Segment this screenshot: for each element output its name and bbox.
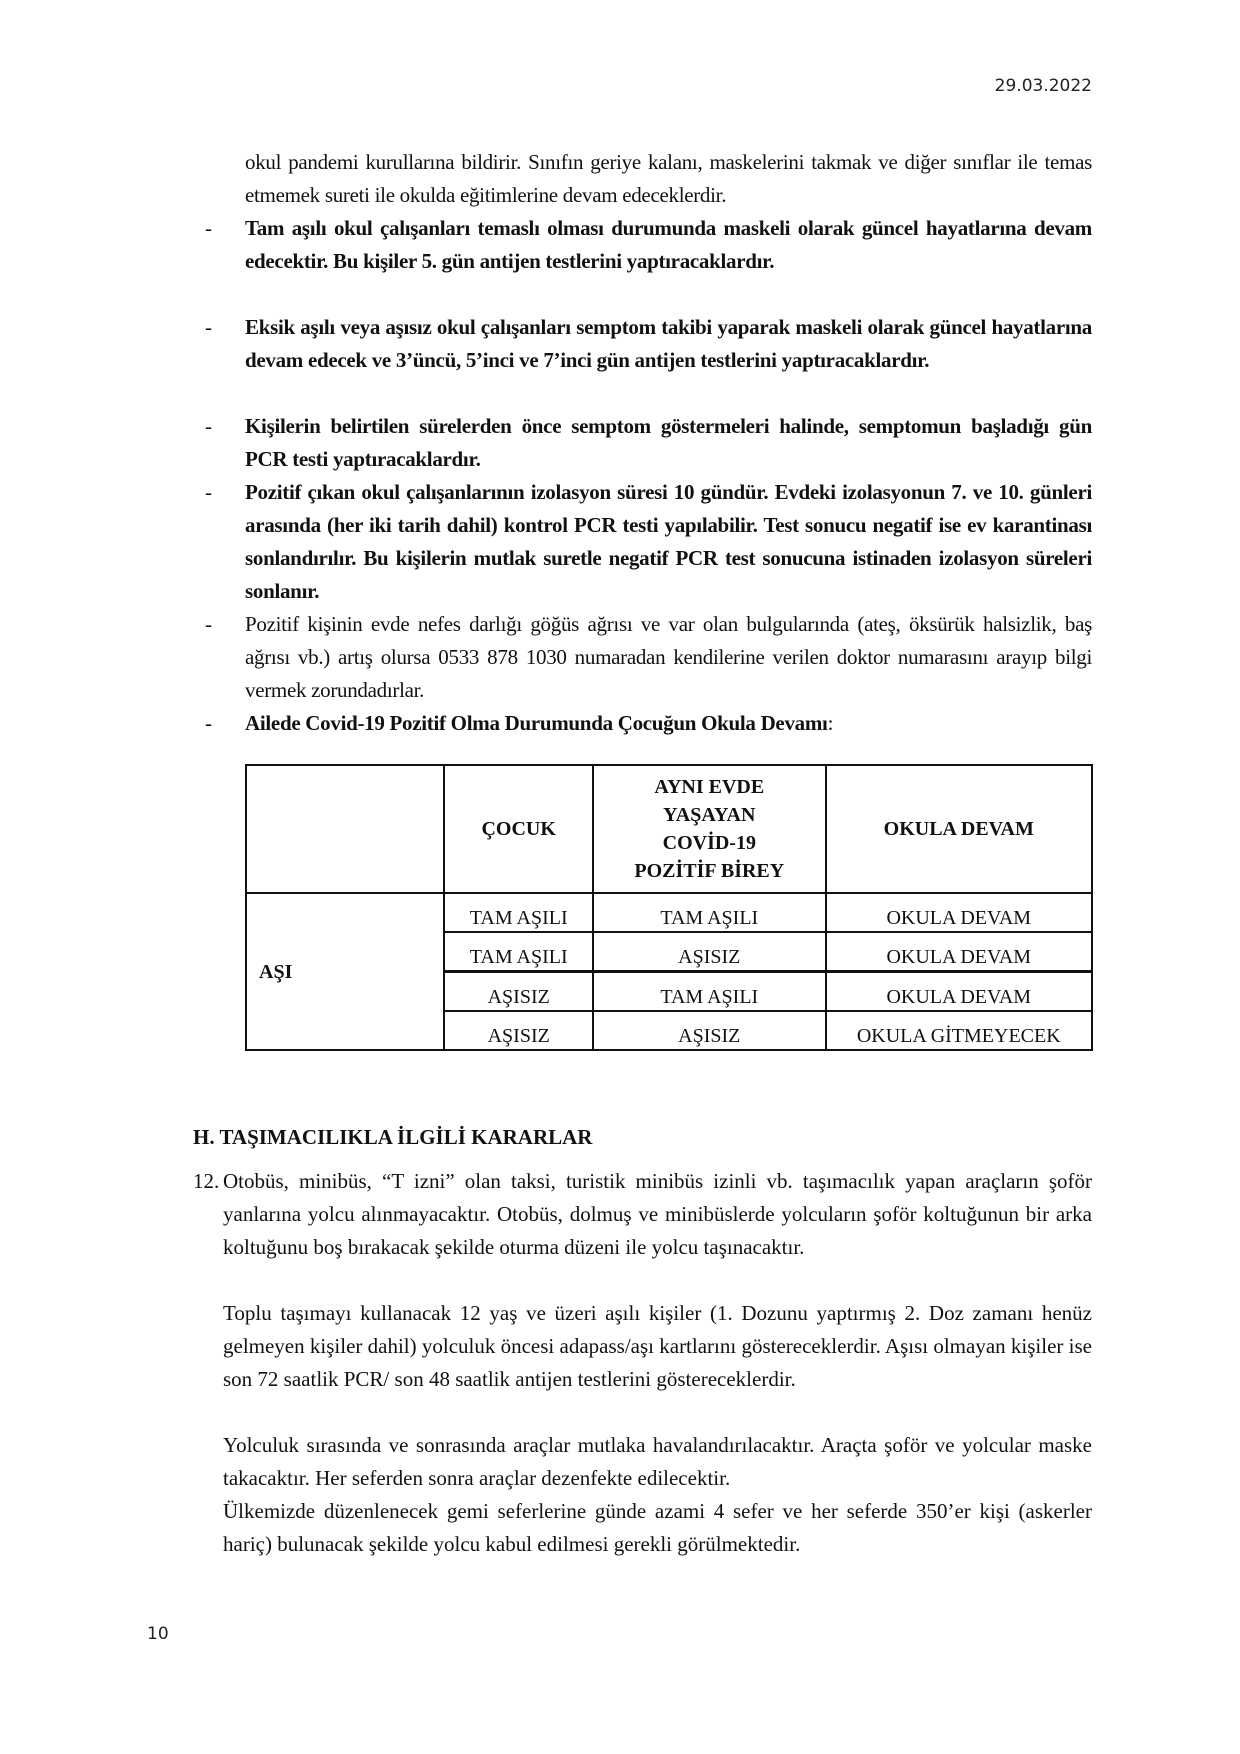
table-cell-child: AŞISIZ <box>444 1011 593 1050</box>
table-header-positive-member: AYNI EVDE YAŞAYAN COVİD-19 POZİTİF BİREY <box>593 765 825 893</box>
bullet-marker: - <box>205 410 212 443</box>
table-header-attendance: OKULA DEVAM <box>826 765 1092 893</box>
bullet-marker: - <box>205 311 212 344</box>
bullet-marker: - <box>205 707 212 740</box>
table-header-empty <box>246 765 444 893</box>
bullet-doctor-contact: Pozitif kişinin evde nefes darlığı göğüs… <box>245 608 1092 707</box>
section-h-paragraph-vehicles: Otobüs, minibüs, “T izni” olan taksi, tu… <box>223 1165 1092 1264</box>
school-attendance-table: ÇOCUK AYNI EVDE YAŞAYAN COVİD-19 POZİTİF… <box>245 764 1093 1051</box>
bullet-symptoms-pcr: Kişilerin belirtilen sürelerden önce sem… <box>245 410 1092 476</box>
bullet-family-covid-title: Ailede Covid-19 Pozitif Olma Durumunda Ç… <box>245 707 1092 740</box>
bullet-marker: - <box>205 476 212 509</box>
intro-continuation: okul pandemi kurullarına bildirir. Sınıf… <box>245 146 1092 212</box>
table-header-child: ÇOCUK <box>444 765 593 893</box>
document-date: 29.03.2022 <box>995 76 1092 96</box>
table-cell-attendance: OKULA DEVAM <box>826 893 1092 932</box>
table-header-row: ÇOCUK AYNI EVDE YAŞAYAN COVİD-19 POZİTİF… <box>246 765 1092 893</box>
table-cell-attendance: OKULA DEVAM <box>826 932 1092 972</box>
table-cell-positive-member: AŞISIZ <box>593 932 825 972</box>
section-h-paragraph-ships: Ülkemizde düzenlenecek gemi seferlerine … <box>223 1495 1092 1561</box>
table-intro-colon: : <box>828 711 834 735</box>
table-cell-child: AŞISIZ <box>444 972 593 1012</box>
section-h-paragraph-public-transport: Toplu taşımayı kullanacak 12 yaş ve üzer… <box>223 1297 1092 1396</box>
table-cell-positive-member: TAM AŞILI <box>593 972 825 1012</box>
table-intro-text: Ailede Covid-19 Pozitif Olma Durumunda Ç… <box>245 711 828 735</box>
bullet-marker: - <box>205 212 212 245</box>
bullet-marker: - <box>205 608 212 641</box>
bullet-vaccinated-staff: Tam aşılı okul çalışanları temaslı olmas… <box>245 212 1092 278</box>
page-number: 10 <box>147 1624 169 1644</box>
item-number: 12. <box>193 1165 219 1198</box>
section-h-heading: H. TAŞIMACILIKLA İLGİLİ KARARLAR <box>193 1125 592 1150</box>
bullet-positive-isolation: Pozitif çıkan okul çalışanlarının izolas… <box>245 476 1092 608</box>
table-cell-positive-member: AŞISIZ <box>593 1011 825 1050</box>
table-cell-attendance: OKULA GİTMEYECEK <box>826 1011 1092 1050</box>
table-cell-child: TAM AŞILI <box>444 932 593 972</box>
table-row-group-vaccine: AŞI <box>246 893 444 1050</box>
table-cell-attendance: OKULA DEVAM <box>826 972 1092 1012</box>
table-cell-child: TAM AŞILI <box>444 893 593 932</box>
table-cell-positive-member: TAM AŞILI <box>593 893 825 932</box>
section-h-paragraph-ventilation: Yolculuk sırasında ve sonrasında araçlar… <box>223 1429 1092 1495</box>
table-row: AŞI TAM AŞILI TAM AŞILI OKULA DEVAM <box>246 893 1092 932</box>
bullet-unvaccinated-staff: Eksik aşılı veya aşısız okul çalışanları… <box>245 311 1092 377</box>
